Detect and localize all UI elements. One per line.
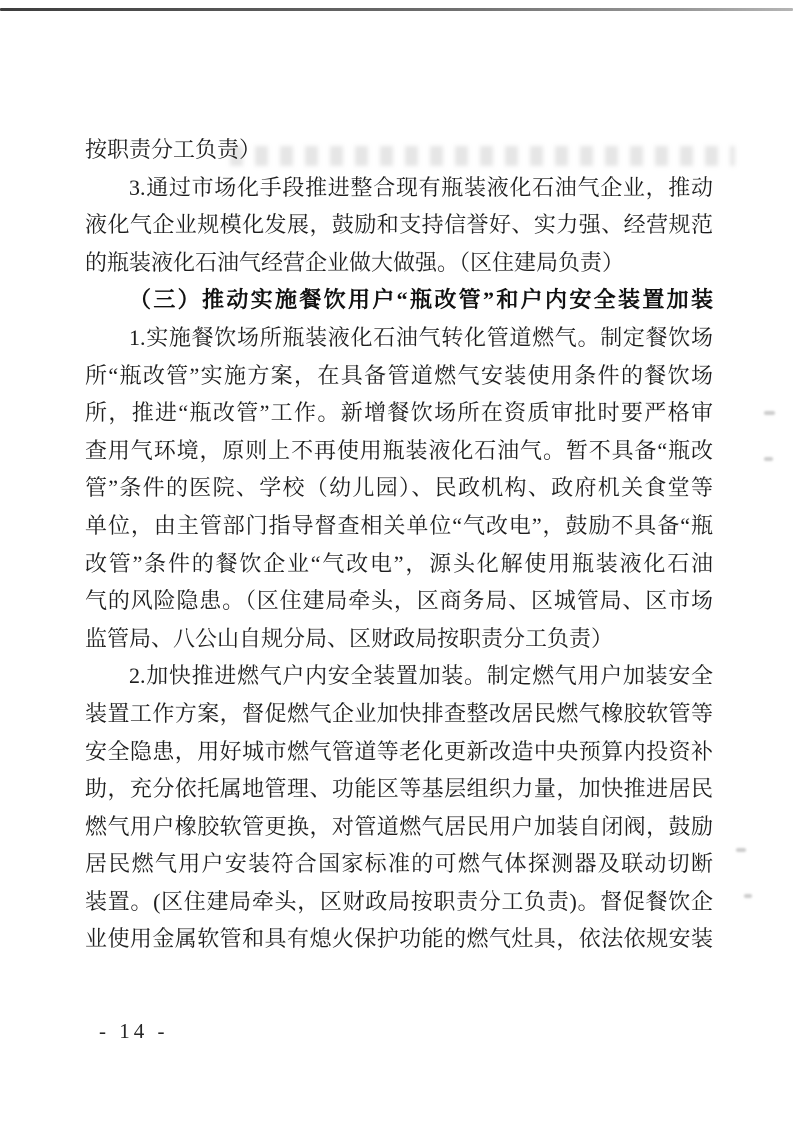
paragraph-item-1: 1.实施餐饮场所瓶装液化石油气转化管道燃气。制定餐饮场 所“瓶改管”实施方案，在… bbox=[85, 319, 713, 657]
scan-speck-artifact bbox=[764, 411, 775, 415]
text-line: 1.实施餐饮场所瓶装液化石油气转化管道燃气。制定餐饮场 bbox=[85, 319, 713, 357]
section-heading: （三）推动实施餐饮用户“瓶改管”和户内安全装置加装 bbox=[85, 281, 713, 319]
text-line: 改管”条件的餐饮企业“气改电”，源头化解使用瓶装液化石油 bbox=[85, 545, 713, 583]
text-line: 装置。(区住建局牵头，区财政局按职责分工负责)。督促餐饮企 bbox=[85, 883, 713, 921]
text-line: 3.通过市场化手段推进整合现有瓶装液化石油气企业，推动 bbox=[85, 169, 713, 207]
text-line: 居民燃气用户安装符合国家标准的可燃气体探测器及联动切断 bbox=[85, 845, 713, 883]
text-line: 助，充分依托属地管理、功能区等基层组织力量，加快推进居民 bbox=[85, 770, 713, 808]
paragraph-continuation: 按职责分工负责） bbox=[85, 131, 713, 169]
text-line: 查用气环境，原则上不再使用瓶装液化石油气。暂不具备“瓶改 bbox=[85, 432, 713, 470]
page-footer: - 14 - bbox=[99, 1019, 169, 1044]
text-line: 按职责分工负责） bbox=[85, 131, 713, 169]
text-line: 监管局、八公山自规分局、区财政局按职责分工负责） bbox=[85, 620, 713, 658]
text-line: 单位，由主管部门指导督查相关单位“气改电”，鼓励不具备“瓶 bbox=[85, 507, 713, 545]
text-line: 的瓶装液化石油气经营企业做大做强。（区住建局负责） bbox=[85, 244, 713, 282]
paragraph-section-heading: （三）推动实施餐饮用户“瓶改管”和户内安全装置加装 bbox=[85, 281, 713, 319]
text-line: 装置工作方案，督促燃气企业加快排查整改居民燃气橡胶软管等 bbox=[85, 695, 713, 733]
scan-edge-artifact bbox=[0, 8, 793, 11]
text-line: 所，推进“瓶改管”工作。新增餐饮场所在资质审批时要严格审 bbox=[85, 394, 713, 432]
text-line: 管”条件的医院、学校（幼儿园）、民政机构、政府机关食堂等 bbox=[85, 469, 713, 507]
page-number: - 14 - bbox=[99, 1019, 169, 1043]
text-line: 安全隐患，用好城市燃气管道等老化更新改造中央预算内投资补 bbox=[85, 733, 713, 771]
text-line: 业使用金属软管和具有熄火保护功能的燃气灶具，依法依规安装 bbox=[85, 920, 713, 958]
paragraph-item-2: 2.加快推进燃气户内安全装置加装。制定燃气用户加装安全 装置工作方案，督促燃气企… bbox=[85, 657, 713, 958]
text-line: 气的风险隐患。（区住建局牵头，区商务局、区城管局、区市场 bbox=[85, 582, 713, 620]
scan-speck-artifact bbox=[744, 894, 752, 898]
scanned-document-page: 按职责分工负责） 3.通过市场化手段推进整合现有瓶装液化石油气企业，推动 液化气… bbox=[0, 0, 793, 1122]
text-line: 液化气企业规模化发展，鼓励和支持信誉好、实力强、经营规范 bbox=[85, 206, 713, 244]
document-body: 按职责分工负责） 3.通过市场化手段推进整合现有瓶装液化石油气企业，推动 液化气… bbox=[85, 131, 713, 958]
text-line: 所“瓶改管”实施方案，在具备管道燃气安装使用条件的餐饮场 bbox=[85, 357, 713, 395]
scan-speck-artifact bbox=[764, 457, 773, 461]
text-line: 燃气用户橡胶软管更换，对管道燃气居民用户加装自闭阀，鼓励 bbox=[85, 808, 713, 846]
paragraph-item-3: 3.通过市场化手段推进整合现有瓶装液化石油气企业，推动 液化气企业规模化发展，鼓… bbox=[85, 169, 713, 282]
scan-speck-artifact bbox=[736, 848, 746, 852]
text-line: 2.加快推进燃气户内安全装置加装。制定燃气用户加装安全 bbox=[85, 657, 713, 695]
